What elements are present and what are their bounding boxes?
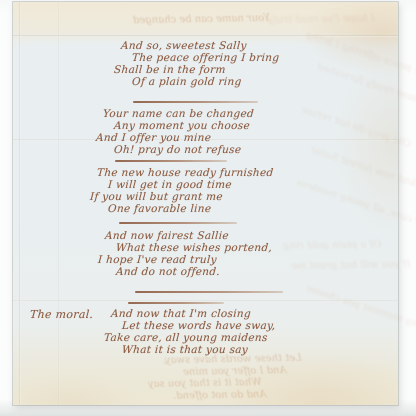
stanza-5: And now that I'm closing Let these words…: [111, 308, 275, 356]
ink-bleedthrough-mark: Take care, all young maidens: [295, 177, 416, 234]
fold-crease-top: [13, 35, 398, 37]
ink-bleedthrough-mark: Oh! pray do not refuse: [299, 105, 412, 152]
ink-bleedthrough-line: I hope I've read truly: [268, 13, 375, 27]
poem-line: The peace offering I bring: [132, 52, 280, 64]
poem-line: And I offer you mine: [96, 132, 255, 144]
stanza-divider: [128, 302, 224, 304]
poem-line: And do not offend.: [116, 266, 273, 278]
ink-bleedthrough-mark: The peace offering I bring: [304, 30, 416, 82]
stanza-1: And so, sweetest Sally The peace offerin…: [121, 40, 279, 88]
stanza-divider: [115, 160, 227, 162]
ink-bleedthrough-line: Of a plain gold ring: [283, 239, 382, 253]
fold-crease-left-edge: [19, 2, 21, 405]
poem-line: I hope I've read truly: [98, 254, 273, 266]
margin-note-the-moral: The moral.: [30, 308, 94, 321]
stanza-3: The new house ready furnished I will get…: [97, 167, 273, 215]
poem-line: Shall be in the form: [114, 64, 280, 76]
letter-paper: Your name can be changed I hope I've rea…: [13, 2, 398, 405]
ink-bleedthrough-line: And I offer you mine: [183, 365, 287, 379]
poem-line: And so, sweetest Sally: [121, 40, 280, 52]
poem-line: One favorable line: [108, 203, 274, 215]
poem-line: Your name can be changed: [103, 108, 255, 120]
ink-bleedthrough-mark: Any moment you choose: [304, 283, 416, 333]
stanza-divider: [135, 291, 283, 293]
poem-line: Any moment you choose: [114, 120, 255, 132]
stanza-4: And now fairest Sallie What these wishes…: [105, 230, 272, 278]
ink-bleedthrough-mark: And now fairest Sallie: [309, 145, 416, 191]
poem-line: Take care, all young maidens: [104, 332, 276, 344]
stanza-divider: [133, 101, 258, 103]
poem-line: Of a plain gold ring: [132, 76, 280, 88]
poem-line: If you will but grant me: [90, 191, 274, 203]
stanza-2: Your name can be changed Any moment you …: [103, 108, 254, 156]
ink-bleedthrough-line: And do not offend.: [173, 389, 267, 403]
poem-line: I will get in good time: [108, 179, 274, 191]
poem-line: And now fairest Sallie: [105, 230, 273, 242]
poem-line: Let these words have sway,: [122, 320, 276, 332]
poem-line: What these wishes portend,: [116, 242, 273, 254]
ink-bleedthrough-line: What it is that you say: [148, 377, 262, 391]
poem-line: And now that I'm closing: [111, 308, 276, 320]
fold-crease-left: [58, 2, 60, 405]
poem-line: What it is that you say: [122, 344, 276, 356]
stanza-divider: [119, 222, 237, 224]
ink-bleedthrough-line: If you will but grant me: [291, 259, 411, 273]
ink-bleedthrough-line: Your name can be changed: [133, 13, 270, 27]
poem-line: Oh! pray do not refuse: [114, 144, 255, 156]
poem-line: The new house ready furnished: [97, 167, 274, 179]
ink-bleedthrough-mark: The new house ready furnished: [315, 62, 416, 123]
photo-background: Your name can be changed I hope I've rea…: [0, 0, 416, 416]
